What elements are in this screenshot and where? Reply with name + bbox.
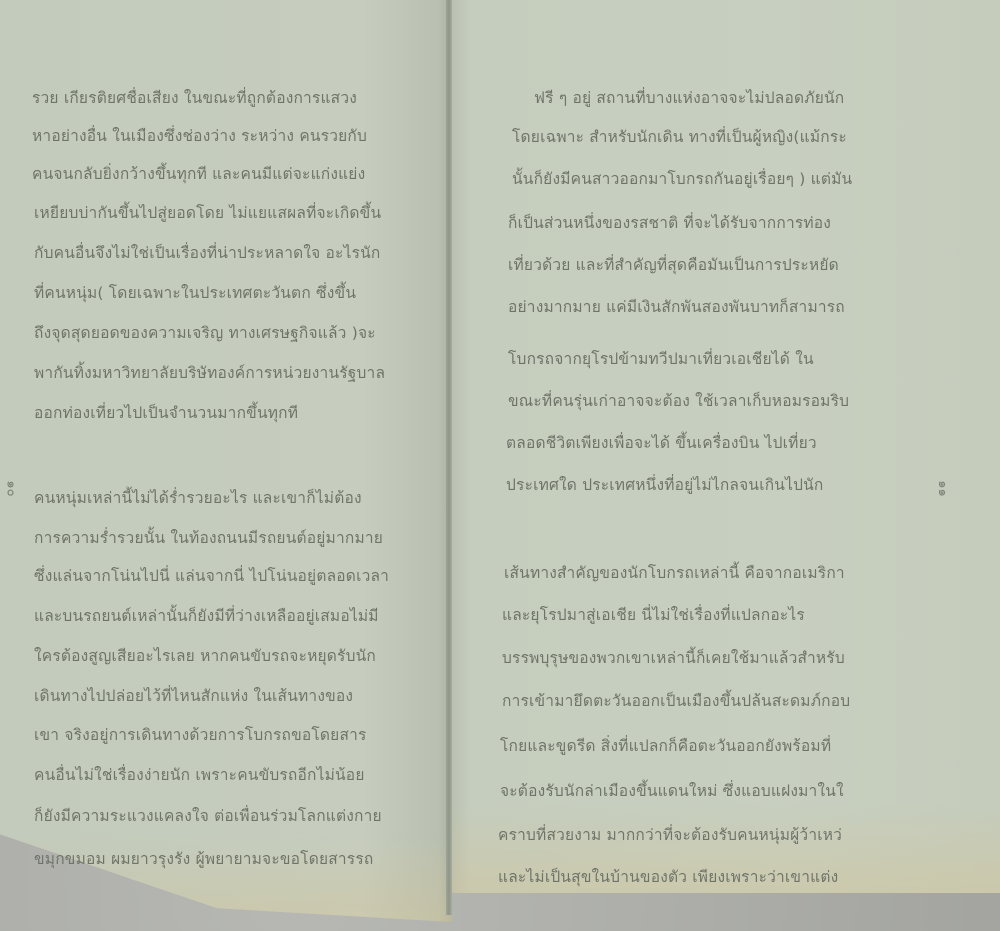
text-line: เขา จริงอยู่การเดินทางด้วยการโบกรถขอโดยส… [34, 722, 367, 747]
text-line: รวย เกียรติยศชื่อเสียง ในขณะที่ถูกต้องกา… [32, 85, 357, 110]
text-line: บรรพบุรุษของพวกเขาเหล่านี้ก็เคยใช้มาแล้ว… [502, 645, 845, 670]
text-line: จะต้องรับนักล่าเมืองขึ้นแดนใหม่ ซึ่งแอบแ… [500, 778, 844, 803]
text-line: และบนรถยนต์เหล่านั้นก็ยังมีที่ว่างเหลืออ… [34, 603, 379, 628]
text-line: ก็เป็นส่วนหนึ่งของรสชาติ ที่จะได้รับจากก… [508, 210, 831, 235]
text-line: การเข้ามายึดตะวันออกเป็นเมืองขึ้นปล้นสะด… [502, 688, 850, 713]
text-line: ประเทศใด ประเทศหนึ่งที่อยู่ไม่ไกลจนเกินไ… [506, 472, 824, 497]
text-line: ใครต้องสูญเสียอะไรเลย หากคนขับรถจะหยุดรั… [34, 643, 376, 668]
text-line: ที่คนหนุ่ม( โดยเฉพาะในประเทศตะวันตก ซึ่ง… [34, 280, 356, 305]
text-line: ขมุกขมอม ผมยาวรุงรัง ผู้พยายามจะขอโดยสาร… [34, 846, 373, 871]
text-line: เส้นทางสำคัญของนักโบกรถเหล่านี้ คือจากอเ… [504, 560, 845, 585]
text-line: คนอื่นไม่ใช่เรื่องง่ายนัก เพราะคนขับรถอี… [34, 762, 365, 787]
text-line: นั้นก็ยังมีคนสาวออกมาโบกรถกันอยู่เรื่อยๆ… [512, 166, 852, 191]
text-line: อย่างมากมาย แค่มีเงินสักพันสองพันบาทก็สา… [508, 294, 845, 319]
text-line: เดินทางไปปล่อยไว้ที่ไหนสักแห่ง ในเส้นทาง… [34, 683, 353, 708]
text-line: ฟรี ๆ อยู่ สถานที่บางแห่งอาจจะไม่ปลอดภัย… [534, 85, 844, 110]
book-gutter [446, 0, 452, 915]
text-line: พากันทิ้งมหาวิทยาลัยบริษัทองค์การหน่วยงา… [34, 360, 385, 385]
text-line: ขณะที่คนรุ่นเก่าอาจจะต้อง ใช้เวลาเก็บหอม… [508, 388, 849, 413]
right-page-number: ๑๑ [933, 480, 954, 497]
text-line: โดยเฉพาะ สำหรับนักเดิน ทางที่เป็นผู้หญิง… [512, 124, 847, 149]
text-line: กับคนอื่นจึงไม่ใช่เป็นเรื่องที่น่าประหลา… [34, 240, 380, 265]
text-line: ถึงจุดสุดยอดของความเจริญ ทางเศรษฐกิจแล้ว… [34, 320, 376, 345]
text-line: และไม่เป็นสุขในบ้านของตัว เพียงเพราะว่าเ… [498, 864, 838, 889]
text-line: และยุโรปมาสู่เอเชีย นี่ไม่ใช่เรื่องที่แป… [502, 602, 805, 627]
left-page-number: ๑๐ [2, 480, 23, 496]
text-line: ซึ่งแล่นจากโน่นไปนี่ แล่นจากนี่ ไปโน่นอย… [34, 563, 389, 588]
text-line: เที่ยวด้วย และที่สำคัญที่สุดคือมันเป็นกา… [508, 252, 839, 277]
text-line: หาอย่างอื่น ในเมืองซึ่งช่องว่าง ระหว่าง … [32, 123, 367, 148]
text-line: ออกท่องเที่ยวไปเป็นจำนวนมากขึ้นทุกที [34, 400, 298, 425]
text-line: โบกรถจากยุโรปข้ามทวีปมาเที่ยวเอเชียได้ ใ… [508, 346, 814, 371]
text-line: ตลอดชีวิตเพียงเพื่อจะได้ ขึ้นเครื่องบิน … [506, 430, 817, 455]
text-line: คนจนกลับยิ่งกว้างขึ้นทุกที และคนมีแต่จะแ… [32, 161, 365, 186]
text-line: คราบที่สวยงาม มากกว่าที่จะต้องรับคนหนุ่ม… [498, 822, 842, 847]
text-line: โกยและขูดรีด สิ่งที่แปลกก็คือตะวันออกยัง… [500, 733, 831, 758]
text-line: การความร่ำรวยนั้น ในท้องถนนมีรถยนต์อยู่ม… [34, 525, 383, 550]
text-line: คนหนุ่มเหล่านี้ไม่ได้ร่ำรวยอะไร และเขาก็… [34, 485, 362, 510]
text-line: เหยียบบ่ากันขึ้นไปสู่ยอดโดย ไม่แยแสผลที่… [34, 200, 381, 225]
text-line: ก็ยังมีความระแวงแคลงใจ ต่อเพื่อนร่วมโลกแ… [34, 803, 382, 828]
